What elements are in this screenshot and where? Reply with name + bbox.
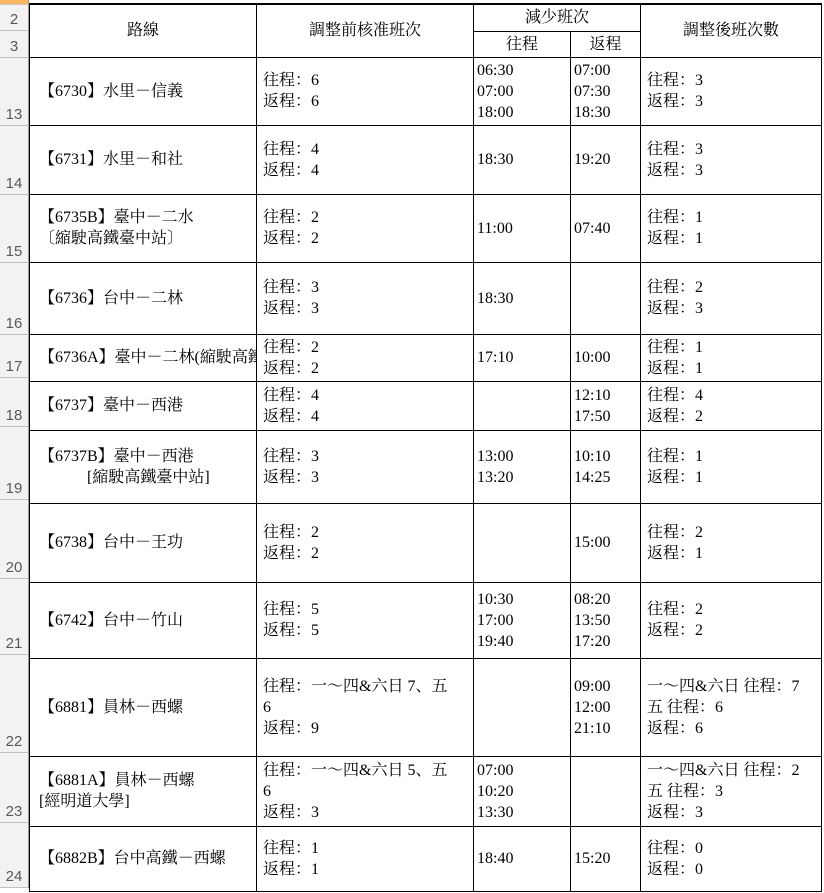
after-trips-cell[interactable]: 往程：1返程：1 — [641, 430, 822, 503]
cell-line: 18:30 — [477, 288, 568, 309]
after-trips-cell[interactable]: 往程：2返程：1 — [641, 503, 822, 582]
reduced-outbound-cell[interactable]: 17:10 — [474, 334, 571, 381]
row-number[interactable]: 24 — [0, 823, 28, 888]
cell-line: 返程：3 — [647, 298, 818, 319]
before-trips-cell[interactable]: 往程：3返程：3 — [257, 430, 474, 503]
cell-line: 返程：2 — [263, 228, 470, 249]
route-cell[interactable]: 【6738】台中－王功 — [30, 503, 257, 582]
after-trips-cell[interactable]: 往程：1返程：1 — [641, 194, 822, 262]
route-cell[interactable]: 【6736A】臺中－二林(縮駛高鐵 — [30, 334, 257, 381]
cell-line: [經明道大學] — [39, 791, 254, 812]
cell-line: 【6736】台中－二林 — [39, 288, 254, 309]
route-cell[interactable]: 【6737B】臺中－西港 [縮駛高鐵臺中站] — [30, 430, 257, 503]
cell-line: 09:00 — [574, 676, 638, 697]
cell-line: 【6735B】臺中－二水 — [39, 207, 254, 228]
route-cell[interactable]: 【6882B】台中高鐵－西螺 — [30, 826, 257, 891]
after-trips-cell[interactable]: 往程：3返程：3 — [641, 125, 822, 194]
cell-line: 往程：一～四&六日 7、五 — [263, 676, 470, 697]
row-number[interactable]: 14 — [0, 126, 28, 195]
reduced-return-cell[interactable]: 12:1017:50 — [571, 381, 641, 430]
cell-line: 17:20 — [574, 631, 638, 652]
cell-line: 往程：4 — [263, 385, 470, 406]
cell-line: 15:20 — [574, 848, 638, 869]
route-cell[interactable]: 【6735B】臺中－二水〔縮駛高鐵臺中站〕 — [30, 194, 257, 262]
cell-line: 往程：5 — [263, 599, 470, 620]
cell-line: 〔縮駛高鐵臺中站〕 — [39, 228, 254, 249]
after-trips-cell[interactable]: 往程：1返程：1 — [641, 334, 822, 381]
cell-line: 往程：3 — [263, 446, 470, 467]
reduced-return-cell[interactable]: 10:00 — [571, 334, 641, 381]
reduced-outbound-cell[interactable]: 18:30 — [474, 262, 571, 334]
reduced-return-cell[interactable]: 10:1014:25 — [571, 430, 641, 503]
row-number[interactable]: 15 — [0, 195, 28, 263]
reduced-outbound-cell[interactable]: 13:0013:20 — [474, 430, 571, 503]
cell-line: 14:25 — [574, 467, 638, 488]
table-row: 【6738】台中－王功往程：2返程：215:00往程：2返程：1 — [30, 503, 822, 582]
before-trips-cell[interactable]: 往程：2返程：2 — [257, 503, 474, 582]
header-return[interactable]: 返程 — [571, 31, 641, 57]
cell-line: 往程：3 — [647, 139, 818, 160]
cell-line: 13:30 — [477, 802, 568, 823]
header-before[interactable]: 調整前核准班次 — [257, 4, 474, 57]
cell-line: 一～四&六日 往程：2 — [647, 760, 818, 781]
row-number[interactable]: 3 — [0, 31, 28, 58]
cell-line: 【6731】水里－和社 — [39, 149, 254, 170]
before-trips-cell[interactable]: 往程：2返程：2 — [257, 194, 474, 262]
before-trips-cell[interactable]: 往程：4返程：4 — [257, 381, 474, 430]
before-trips-cell[interactable]: 往程：2返程：2 — [257, 334, 474, 381]
cell-line: 10:30 — [477, 589, 568, 610]
after-trips-cell[interactable]: 往程：4返程：2 — [641, 381, 822, 430]
reduced-outbound-cell[interactable]: 10:3017:0019:40 — [474, 582, 571, 658]
cell-line: 10:20 — [477, 781, 568, 802]
cell-line: 返程：1 — [647, 228, 818, 249]
after-trips-cell[interactable]: 往程：3返程：3 — [641, 57, 822, 125]
cell-line: 21:10 — [574, 718, 638, 739]
after-trips-cell[interactable]: 往程：2返程：2 — [641, 582, 822, 658]
cell-line: 15:00 — [574, 532, 638, 553]
cell-line: 返程：1 — [647, 358, 818, 379]
reduced-outbound-cell[interactable]: 18:30 — [474, 125, 571, 194]
cell-line: 07:00 — [477, 81, 568, 102]
before-trips-cell[interactable]: 往程：5返程：5 — [257, 582, 474, 658]
cell-line: 17:10 — [477, 347, 568, 368]
cell-line: 五 往程：6 — [647, 697, 818, 718]
cell-line: 10:00 — [574, 347, 638, 368]
table-row: 【6882B】台中高鐵－西螺往程：1返程：118:4015:20往程：0返程：0 — [30, 826, 822, 891]
route-cell[interactable]: 【6731】水里－和社 — [30, 125, 257, 194]
route-cell[interactable]: 【6736】台中－二林 — [30, 262, 257, 334]
cell-line: 返程：2 — [647, 406, 818, 427]
cell-line: 往程：3 — [647, 70, 818, 91]
cell-line: 18:30 — [574, 102, 638, 123]
cell-line: 【6742】台中－竹山 — [39, 610, 254, 631]
after-trips-cell[interactable]: 往程：2返程：3 — [641, 262, 822, 334]
header-reduced[interactable]: 減少班次 — [474, 4, 641, 31]
cell-line: 返程：1 — [647, 467, 818, 488]
cell-line: 返程：9 — [263, 718, 470, 739]
cell-line: 往程：2 — [647, 277, 818, 298]
route-cell[interactable]: 【6737】臺中－西港 — [30, 381, 257, 430]
before-trips-cell[interactable]: 往程：4返程：4 — [257, 125, 474, 194]
before-trips-cell[interactable]: 往程：一～四&六日 7、五6返程：9 — [257, 658, 474, 756]
cell-line: 【6881A】員林－西螺 — [39, 770, 254, 791]
cell-line: 【6881】員林－西螺 — [39, 697, 254, 718]
reduced-return-cell[interactable] — [571, 756, 641, 826]
cell-line: 返程：2 — [263, 543, 470, 564]
cell-line: 13:50 — [574, 610, 638, 631]
reduced-outbound-cell[interactable]: 11:00 — [474, 194, 571, 262]
cell-line: 17:00 — [477, 610, 568, 631]
cell-line: 返程：2 — [263, 358, 470, 379]
reduced-return-cell[interactable]: 07:40 — [571, 194, 641, 262]
cell-line: 五 往程：3 — [647, 781, 818, 802]
cell-line: 往程：4 — [647, 385, 818, 406]
cell-line: 07:30 — [574, 81, 638, 102]
table-row: 【6737B】臺中－西港 [縮駛高鐵臺中站]往程：3返程：313:0013:20… — [30, 430, 822, 503]
cell-line: 返程：3 — [647, 91, 818, 112]
cell-line: 【6737B】臺中－西港 — [39, 446, 254, 467]
cell-line: 【6736A】臺中－二林(縮駛高鐵 — [39, 347, 254, 368]
cell-line: 往程：2 — [647, 522, 818, 543]
cell-line: 19:20 — [574, 149, 638, 170]
cell-line: 07:00 — [477, 760, 568, 781]
cell-line: 【6737】臺中－西港 — [39, 395, 254, 416]
table-row: 【6730】水里－信義往程：6返程：606:3007:0018:0007:000… — [30, 57, 822, 125]
cell-line: 返程：5 — [263, 620, 470, 641]
cell-line: 返程：6 — [263, 91, 470, 112]
cell-line: 18:30 — [477, 149, 568, 170]
row-number[interactable]: 21 — [0, 579, 28, 655]
reduced-return-cell[interactable] — [571, 262, 641, 334]
cell-line: 12:10 — [574, 385, 638, 406]
cell-line: 往程：2 — [647, 599, 818, 620]
reduced-return-cell[interactable]: 19:20 — [571, 125, 641, 194]
reduced-return-cell[interactable]: 15:00 — [571, 503, 641, 582]
schedule-grid: 路線 調整前核准班次 減少班次 調整後班次數 往程 返程 【6730】水里－信義… — [29, 0, 824, 892]
before-trips-cell[interactable]: 往程：6返程：6 — [257, 57, 474, 125]
route-cell[interactable]: 【6881A】員林－西螺[經明道大學] — [30, 756, 257, 826]
row-number-gutter: 23131415161718192021222324 — [0, 0, 29, 888]
cell-line: 07:00 — [574, 60, 638, 81]
before-trips-cell[interactable]: 往程：1返程：1 — [257, 826, 474, 891]
table-row: 【6736A】臺中－二林(縮駛高鐵往程：2返程：217:1010:00往程：1返… — [30, 334, 822, 381]
cell-line: 【6738】台中－王功 — [39, 532, 254, 553]
cell-line: 往程：3 — [263, 277, 470, 298]
table-row: 【6881】員林－西螺往程：一～四&六日 7、五6返程：909:0012:002… — [30, 658, 822, 756]
table-row: 【6737】臺中－西港往程：4返程：412:1017:50往程：4返程：2 — [30, 381, 822, 430]
cell-line: 11:00 — [477, 218, 568, 239]
table-row: 【6735B】臺中－二水〔縮駛高鐵臺中站〕往程：2返程：211:0007:40往… — [30, 194, 822, 262]
row-number[interactable]: 17 — [0, 335, 28, 378]
row-number[interactable]: 22 — [0, 655, 28, 753]
reduced-outbound-cell[interactable]: 07:0010:2013:30 — [474, 756, 571, 826]
cell-line: 18:00 — [477, 102, 568, 123]
cell-line: 往程：一～四&六日 5、五 — [263, 760, 470, 781]
cell-line: 一～四&六日 往程：7 — [647, 676, 818, 697]
reduced-outbound-cell[interactable] — [474, 658, 571, 756]
cell-line: 返程：1 — [263, 859, 470, 880]
reduced-return-cell[interactable]: 08:2013:5017:20 — [571, 582, 641, 658]
reduced-return-cell[interactable]: 09:0012:0021:10 — [571, 658, 641, 756]
cell-line: 13:00 — [477, 446, 568, 467]
cell-line: 06:30 — [477, 60, 568, 81]
table-row: 【6736】台中－二林往程：3返程：318:30往程：2返程：3 — [30, 262, 822, 334]
cell-line: 10:10 — [574, 446, 638, 467]
row-number[interactable]: 13 — [0, 58, 28, 126]
cell-line: 返程：3 — [263, 802, 470, 823]
before-trips-cell[interactable]: 往程：3返程：3 — [257, 262, 474, 334]
cell-line: 返程：3 — [647, 802, 818, 823]
cell-line: 返程：0 — [647, 859, 818, 880]
route-cell[interactable]: 【6742】台中－竹山 — [30, 582, 257, 658]
cell-line: [縮駛高鐵臺中站] — [39, 467, 254, 488]
reduced-outbound-cell[interactable]: 06:3007:0018:00 — [474, 57, 571, 125]
header-route[interactable]: 路線 — [30, 4, 257, 57]
route-cell[interactable]: 【6730】水里－信義 — [30, 57, 257, 125]
cell-line: 往程：4 — [263, 139, 470, 160]
cell-line: 往程：1 — [647, 207, 818, 228]
cell-line: 返程：3 — [263, 467, 470, 488]
cell-line: 返程：6 — [647, 718, 818, 739]
cell-line: 13:20 — [477, 467, 568, 488]
row-number[interactable]: 2 — [0, 5, 28, 31]
after-trips-cell[interactable]: 往程：0返程：0 — [641, 826, 822, 891]
cell-line: 往程：0 — [647, 838, 818, 859]
reduced-outbound-cell[interactable] — [474, 503, 571, 582]
header-outbound[interactable]: 往程 — [474, 31, 571, 57]
reduced-return-cell[interactable]: 15:20 — [571, 826, 641, 891]
cell-line: 08:20 — [574, 589, 638, 610]
header-after[interactable]: 調整後班次數 — [641, 4, 822, 57]
cell-line: 往程：1 — [263, 838, 470, 859]
cell-line: 12:00 — [574, 697, 638, 718]
row-number[interactable]: 23 — [0, 753, 28, 823]
cell-line: 【6730】水里－信義 — [39, 81, 254, 102]
reduced-return-cell[interactable]: 07:0007:3018:30 — [571, 57, 641, 125]
row-number[interactable]: 16 — [0, 263, 28, 335]
row-number[interactable]: 20 — [0, 500, 28, 579]
cell-line: 19:40 — [477, 631, 568, 652]
cell-line: 6 — [263, 697, 470, 718]
before-trips-cell[interactable]: 往程：一～四&六日 5、五6返程：3 — [257, 756, 474, 826]
cell-line: 往程：1 — [647, 446, 818, 467]
cell-line: 往程：2 — [263, 337, 470, 358]
route-cell[interactable]: 【6881】員林－西螺 — [30, 658, 257, 756]
cell-line: 返程：3 — [647, 160, 818, 181]
cell-line: 返程：4 — [263, 406, 470, 427]
table-row: 【6731】水里－和社往程：4返程：418:3019:20往程：3返程：3 — [30, 125, 822, 194]
table-row: 【6881A】員林－西螺[經明道大學]往程：一～四&六日 5、五6返程：307:… — [30, 756, 822, 826]
cell-line: 6 — [263, 781, 470, 802]
cell-line: 往程：1 — [647, 337, 818, 358]
row-number[interactable]: 19 — [0, 427, 28, 500]
cell-line: 往程：6 — [263, 70, 470, 91]
cell-line: 返程：4 — [263, 160, 470, 181]
cell-line: 【6882B】台中高鐵－西螺 — [39, 848, 254, 869]
after-trips-cell[interactable]: 一～四&六日 往程：7五 往程：6返程：6 — [641, 658, 822, 756]
cell-line: 返程：2 — [647, 620, 818, 641]
schedule-table: 路線 調整前核准班次 減少班次 調整後班次數 往程 返程 【6730】水里－信義… — [29, 3, 822, 892]
cell-line: 往程：2 — [263, 207, 470, 228]
after-trips-cell[interactable]: 一～四&六日 往程：2五 往程：3返程：3 — [641, 756, 822, 826]
reduced-outbound-cell[interactable]: 18:40 — [474, 826, 571, 891]
reduced-outbound-cell[interactable] — [474, 381, 571, 430]
spreadsheet: 23131415161718192021222324 路線 調整前核准班次 減少… — [0, 0, 824, 892]
cell-line: 17:50 — [574, 406, 638, 427]
row-number[interactable]: 18 — [0, 378, 28, 427]
table-row: 【6742】台中－竹山往程：5返程：510:3017:0019:4008:201… — [30, 582, 822, 658]
cell-line: 07:40 — [574, 218, 638, 239]
cell-line: 返程：1 — [647, 543, 818, 564]
cell-line: 18:40 — [477, 848, 568, 869]
cell-line: 往程：2 — [263, 522, 470, 543]
cell-line: 返程：3 — [263, 298, 470, 319]
